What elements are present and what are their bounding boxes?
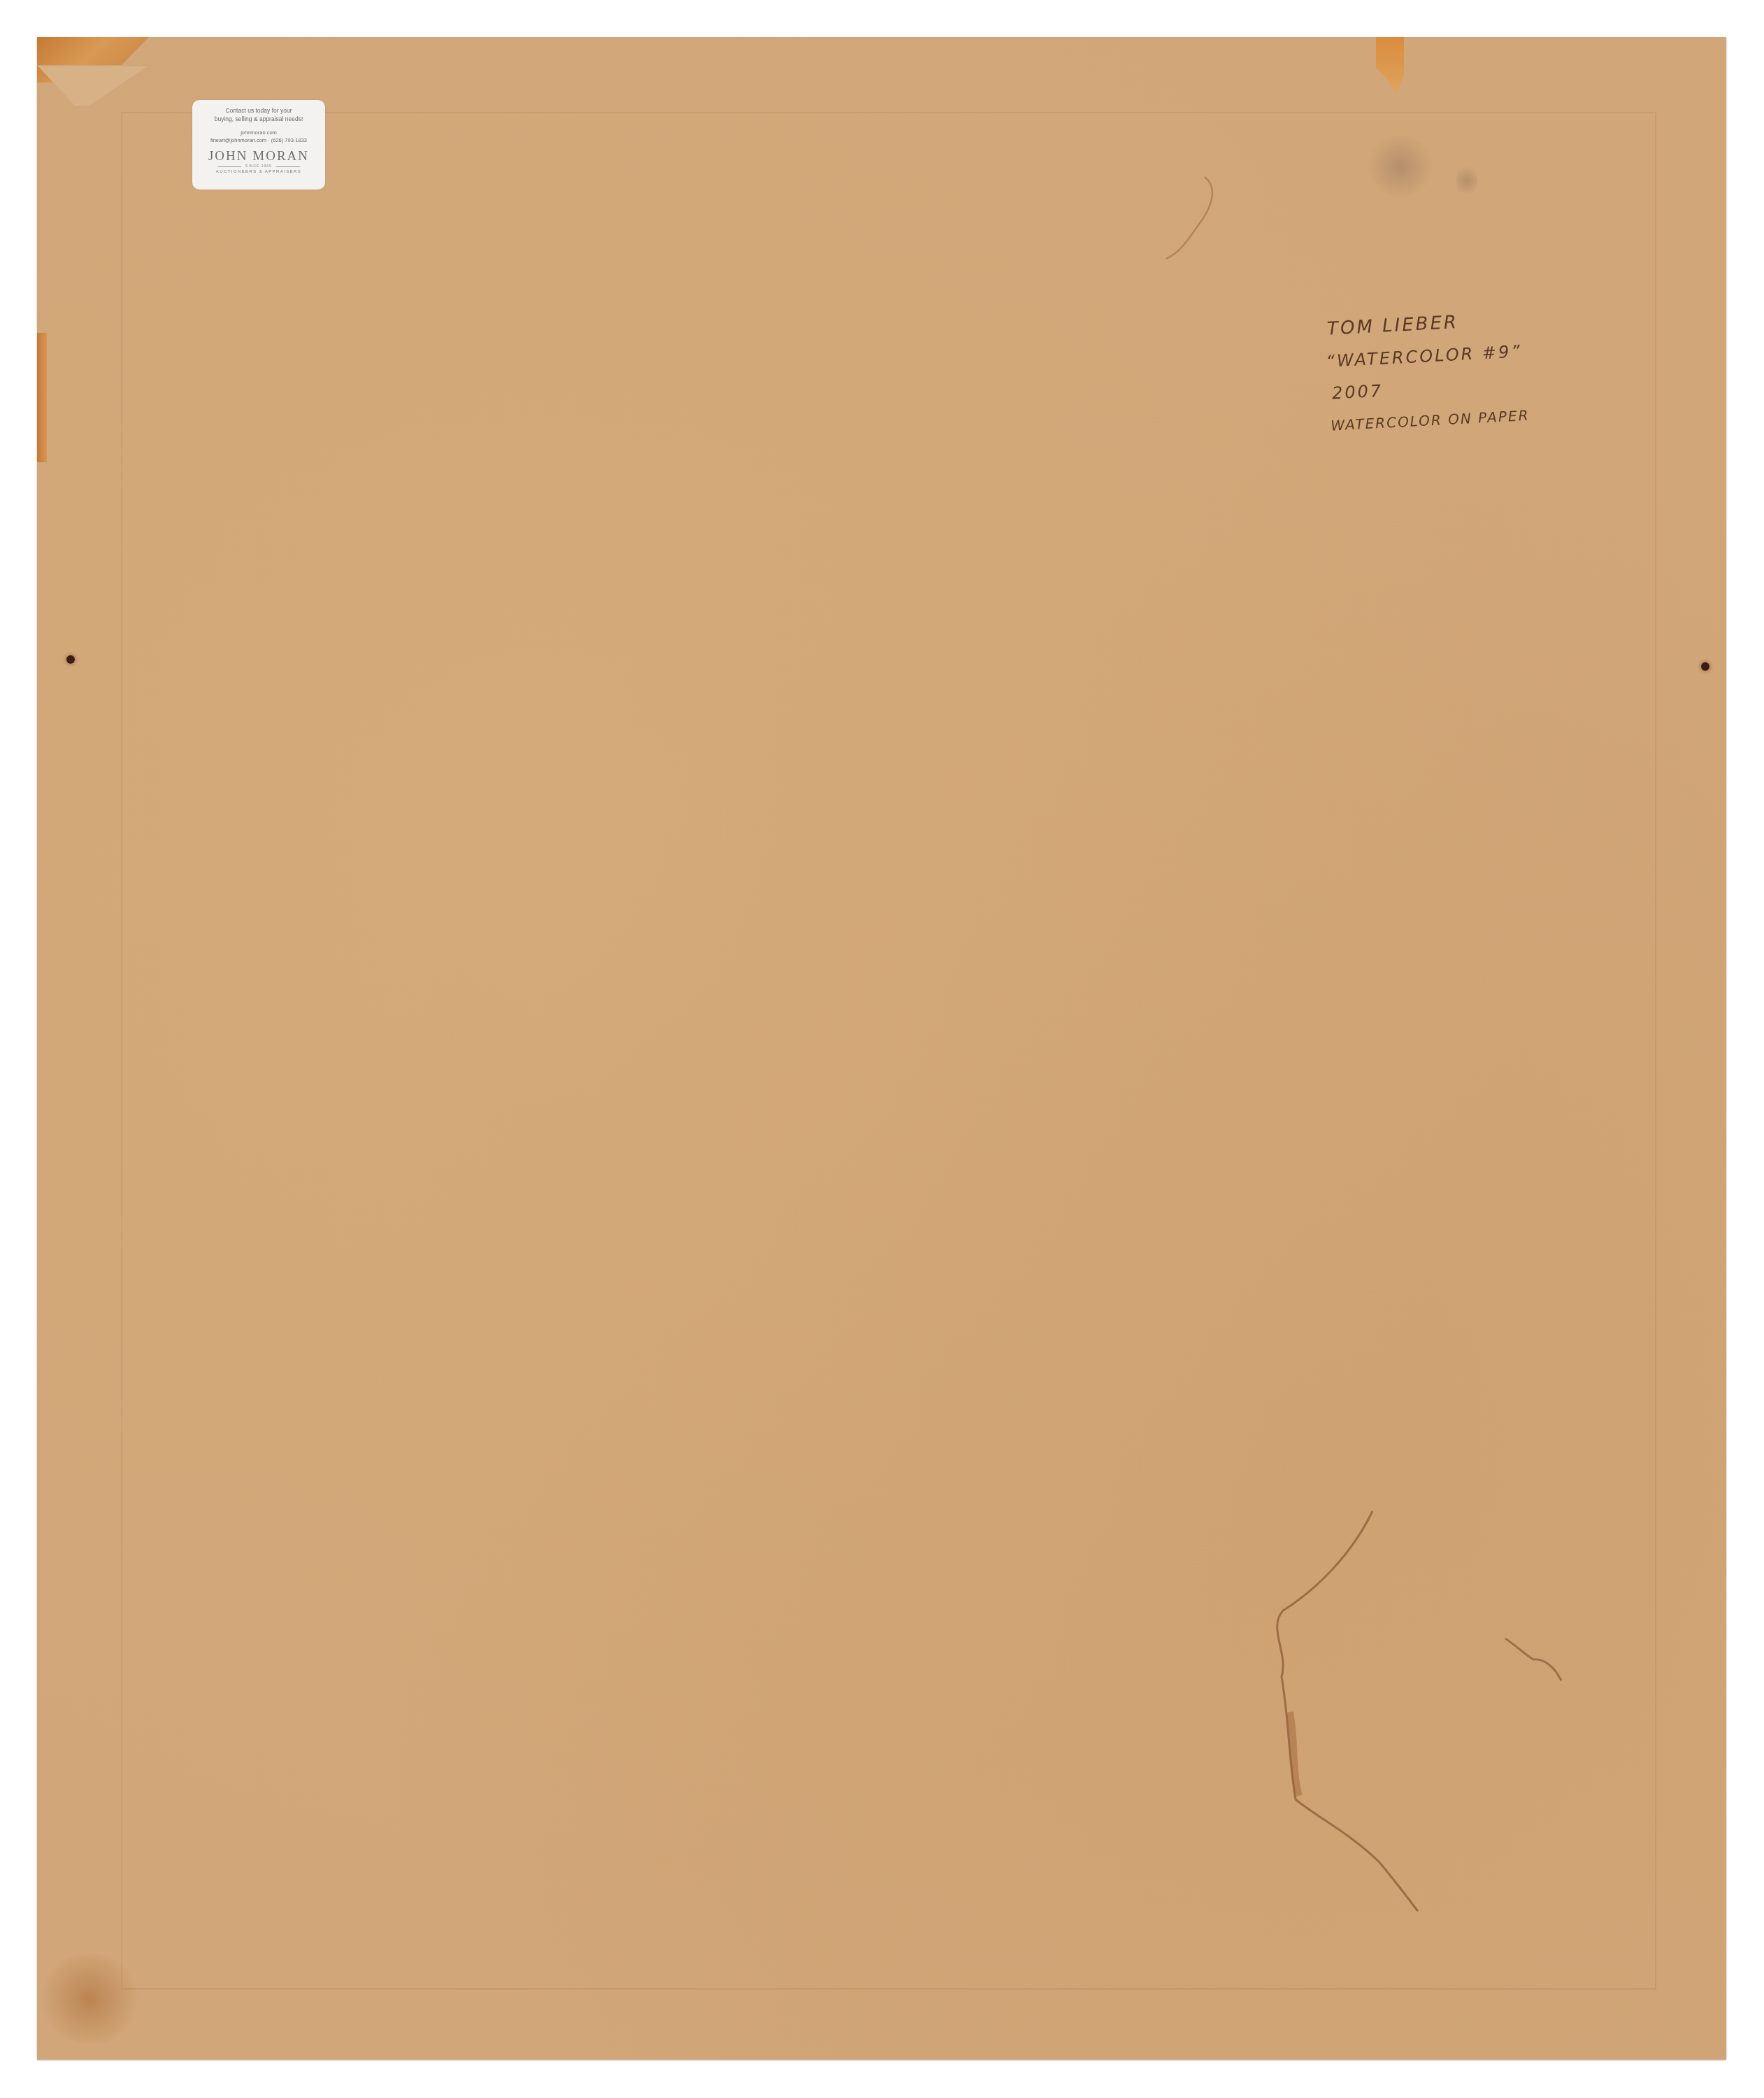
- label-rule-left: [217, 166, 241, 167]
- label-brand: JOHN MORAN: [192, 150, 325, 164]
- label-tagline: AUCTIONEERS & APPRAISERS: [192, 170, 325, 174]
- label-contact: fineart@johnmoran.com · (626) 793-1833: [192, 136, 325, 144]
- handwritten-inscription: TOM LIEBER “WATERCOLOR #9” 2007 WATERCOL…: [1324, 303, 1530, 442]
- label-website: johnmoran.com: [192, 129, 325, 136]
- frame-backing-board: Contact us today for your buying, sellin…: [37, 37, 1726, 2060]
- auction-house-sticker: Contact us today for your buying, sellin…: [192, 100, 325, 190]
- label-since: SINCE 1969: [245, 164, 272, 169]
- label-rule-right: [276, 166, 300, 167]
- label-line-2: buying, selling & appraisal needs!: [192, 115, 325, 123]
- label-line-1: Contact us today for your: [192, 106, 325, 115]
